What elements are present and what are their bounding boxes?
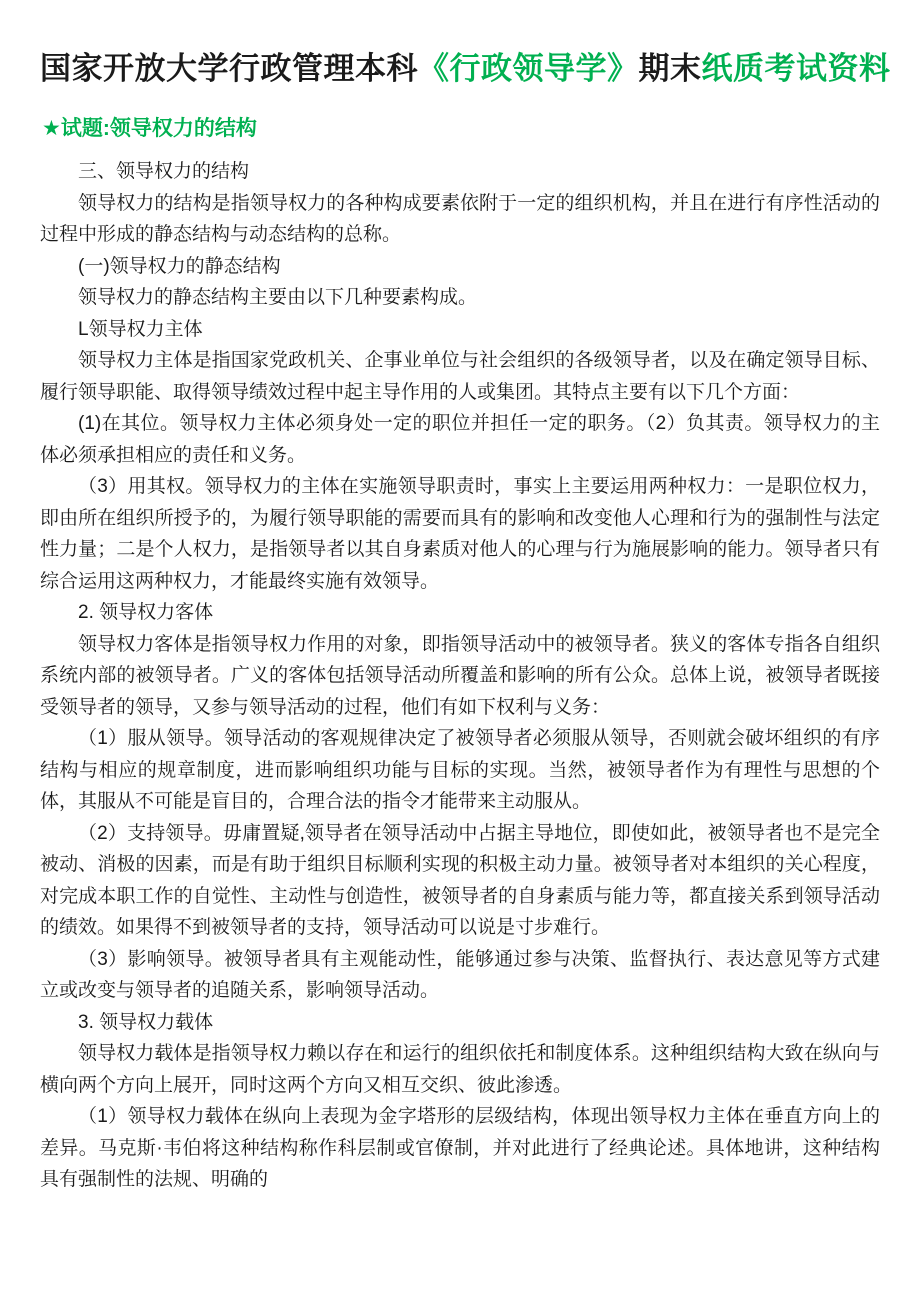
section-heading: 三、领导权力的结构 xyxy=(40,156,880,188)
paragraph: 领导权力主体是指国家党政机关、企事业单位与社会组织的各级领导者，以及在确定领导目… xyxy=(40,345,880,408)
item-heading: L领导权力主体 xyxy=(40,314,880,346)
paragraph: （1）服从领导。领导活动的客观规律决定了被领导者必须服从领导，否则就会破坏组织的… xyxy=(40,723,880,818)
paragraph: 领导权力载体是指领导权力赖以存在和运行的组织依托和制度体系。这种组织结构大致在纵… xyxy=(40,1038,880,1101)
document-page: 国家开放大学行政管理本科《行政领导学》期末纸质考试资料 ★试题:领导权力的结构 … xyxy=(0,0,920,1301)
item-heading: 3. 领导权力载体 xyxy=(40,1007,880,1039)
paragraph: 领导权力的结构是指领导权力的各种构成要素依附于一定的组织机构，并且在进行有序性活… xyxy=(40,188,880,251)
paragraph: 领导权力客体是指领导权力作用的对象，即指领导活动中的被领导者。狭义的客体专指各自… xyxy=(40,629,880,724)
title-segment-material: 纸质考试资料 xyxy=(702,51,891,86)
paragraph: （3）影响领导。被领导者具有主观能动性，能够通过参与决策、监督执行、表达意见等方… xyxy=(40,944,880,1007)
star-icon: ★ xyxy=(42,117,61,140)
paragraph: （1）领导权力载体在纵向上表现为金字塔形的层级结构，体现出领导权力主体在垂直方向… xyxy=(40,1101,880,1196)
paragraph: (1)在其位。领导权力主体必须身处一定的职位并担任一定的职务。（2）负其责。领导… xyxy=(40,408,880,471)
subsection-heading: (一)领导权力的静态结构 xyxy=(40,251,880,283)
title-segment-term: 期末 xyxy=(639,51,702,86)
paragraph: （2）支持领导。毋庸置疑,领导者在领导活动中占据主导地位，即使如此，被领导者也不… xyxy=(40,818,880,944)
paragraph: （3）用其权。领导权力的主体在实施领导职责时，事实上主要运用两种权力：一是职位权… xyxy=(40,471,880,597)
document-body: 三、领导权力的结构 领导权力的结构是指领导权力的各种构成要素依附于一定的组织机构… xyxy=(40,156,880,1196)
title-segment-course: 国家开放大学行政管理本科 xyxy=(40,51,418,86)
paragraph: 领导权力的静态结构主要由以下几种要素构成。 xyxy=(40,282,880,314)
title-segment-book: 《行政领导学》 xyxy=(418,51,639,86)
topic-heading: ★试题:领导权力的结构 xyxy=(42,116,880,142)
item-heading: 2. 领导权力客体 xyxy=(40,597,880,629)
topic-heading-label: 试题:领导权力的结构 xyxy=(61,117,257,140)
document-title: 国家开放大学行政管理本科《行政领导学》期末纸质考试资料 xyxy=(40,50,880,88)
